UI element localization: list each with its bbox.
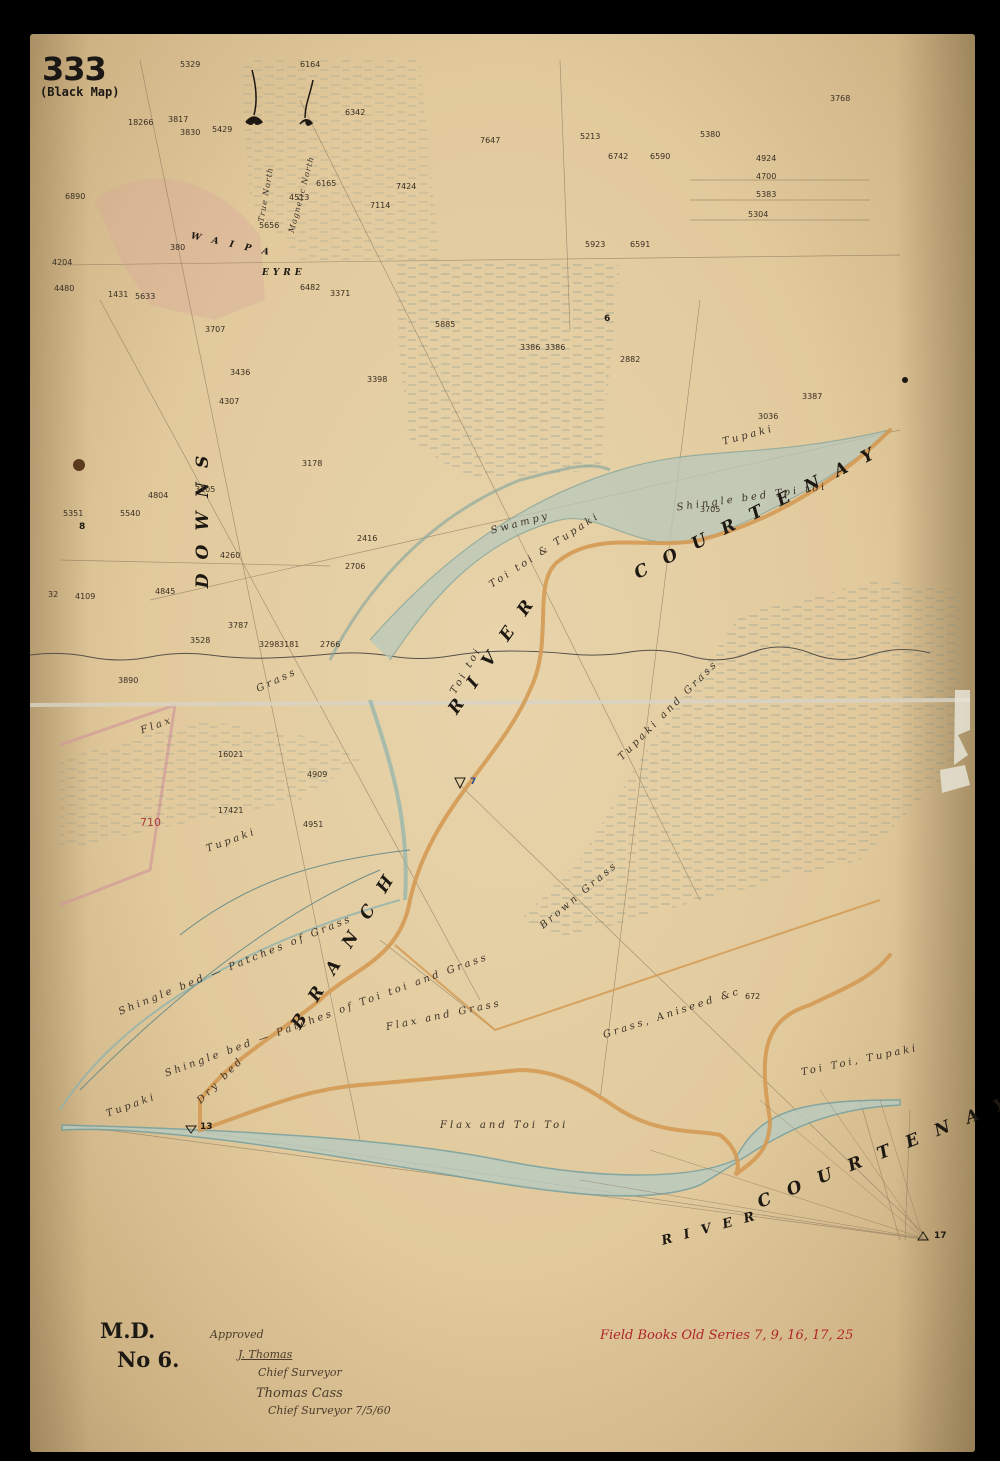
plot-number: 2882 — [620, 355, 640, 364]
plot-number: 5429 — [212, 125, 232, 134]
plot-number: 18266 — [128, 118, 153, 127]
approval-line-1: Approved — [210, 1328, 264, 1341]
plot-number: 3528 — [190, 636, 210, 645]
swamp-area — [60, 720, 360, 850]
plot-number: 3830 — [180, 128, 200, 137]
river-courtenay-lower — [62, 1100, 900, 1196]
plot-number: 1431 — [108, 290, 128, 299]
plot-number: 3386 — [520, 343, 540, 352]
plot-number: 4924 — [756, 154, 776, 163]
plot-number: 5923 — [585, 240, 605, 249]
torn-edge — [940, 765, 970, 793]
swamp-area — [395, 260, 620, 480]
plot-number: 7114 — [370, 201, 390, 210]
sheet-stamp-number: 333 — [42, 50, 106, 88]
district-number: No 6. — [117, 1347, 179, 1372]
plot-number: 3036 — [758, 412, 778, 421]
ink-blot — [902, 377, 908, 383]
plot-number: 6342 — [345, 108, 365, 117]
plot-number: 3817 — [168, 115, 188, 124]
survey-station-label: 17 — [934, 1231, 947, 1241]
plot-number: 380 — [170, 243, 185, 252]
plot-number: 3705 — [700, 505, 720, 514]
plot-number: 2416 — [357, 534, 377, 543]
ink-stain — [73, 459, 85, 471]
plot-number: 3386 — [545, 343, 565, 352]
plot-number: 5885 — [435, 320, 455, 329]
plot-number: 17421 — [218, 806, 243, 815]
plot-number: 6591 — [630, 240, 650, 249]
plot-number: 3707 — [205, 325, 225, 334]
plot-number: 5304 — [748, 210, 768, 219]
plot-number: 3371 — [330, 289, 350, 298]
plot-number: 2766 — [320, 640, 340, 649]
plot-number: 6482 — [300, 283, 320, 292]
approval-line-3: Chief Surveyor — [258, 1366, 342, 1379]
approval-line-5: Chief Surveyor 7/5/60 — [268, 1404, 391, 1417]
approval-line-2: J. Thomas — [238, 1348, 292, 1361]
plot-number: 4845 — [155, 587, 175, 596]
plot-number: 4951 — [303, 820, 323, 829]
plot-number: 5540 — [120, 509, 140, 518]
plot-number: 4513 — [289, 193, 309, 202]
survey-station-label: 7 — [470, 777, 476, 787]
survey-station-label: 13 — [200, 1122, 213, 1132]
plot-number: 3105 — [195, 485, 215, 494]
approval-line-4: Thomas Cass — [256, 1386, 343, 1401]
plot-number: 2706 — [345, 562, 365, 571]
swamp-area — [240, 60, 440, 260]
plot-number: 3178 — [302, 459, 322, 468]
district-label: M.D. — [100, 1318, 155, 1343]
vegetation-label: Flax and Toi Toi — [440, 1120, 568, 1131]
plot-number: 4909 — [307, 770, 327, 779]
plot-number: 6890 — [65, 192, 85, 201]
plot-number: 32 — [48, 590, 58, 599]
plot-number: 3387 — [802, 392, 822, 401]
field-books-note: Field Books Old Series 7, 9, 16, 17, 25 — [600, 1328, 853, 1343]
river-label-eyre: EYRE — [262, 268, 306, 278]
plot-number: 4109 — [75, 592, 95, 601]
plot-number: 6164 — [300, 60, 320, 69]
plot-number: 5213 — [580, 132, 600, 141]
plot-number: 672 — [745, 992, 760, 1001]
survey-station-label: 8 — [79, 522, 85, 532]
plot-number: 3181 — [279, 640, 299, 649]
plot-number: 4480 — [54, 284, 74, 293]
plot-number: 5329 — [180, 60, 200, 69]
plot-number: 4307 — [219, 397, 239, 406]
plot-number: 5633 — [135, 292, 155, 301]
plot-number: 5351 — [63, 509, 83, 518]
plot-number: 710 — [140, 816, 161, 829]
plot-number: 5656 — [259, 221, 279, 230]
plot-number: 4804 — [148, 491, 168, 500]
plot-number: 5380 — [700, 130, 720, 139]
plot-number: 3787 — [228, 621, 248, 630]
plot-number: 3298 — [259, 640, 279, 649]
plot-number: 3398 — [367, 375, 387, 384]
sheet-stamp-subtitle: (Black Map) — [40, 85, 119, 99]
survey-station-label: 6 — [604, 314, 610, 324]
plot-number: 6590 — [650, 152, 670, 161]
torn-edge — [954, 690, 970, 765]
plot-number: 16021 — [218, 750, 243, 759]
plot-number: 6742 — [608, 152, 628, 161]
plot-number: 6165 — [316, 179, 336, 188]
plot-number: 4700 — [756, 172, 776, 181]
plot-number: 3436 — [230, 368, 250, 377]
plot-number: 7647 — [480, 136, 500, 145]
plot-number: 4204 — [52, 258, 72, 267]
plot-number: 4260 — [220, 551, 240, 560]
plot-number: 3890 — [118, 676, 138, 685]
plot-number: 3768 — [830, 94, 850, 103]
plot-number: 5383 — [756, 190, 776, 199]
region-label-downs: DOWNS — [193, 442, 213, 588]
plot-number: 7424 — [396, 182, 416, 191]
